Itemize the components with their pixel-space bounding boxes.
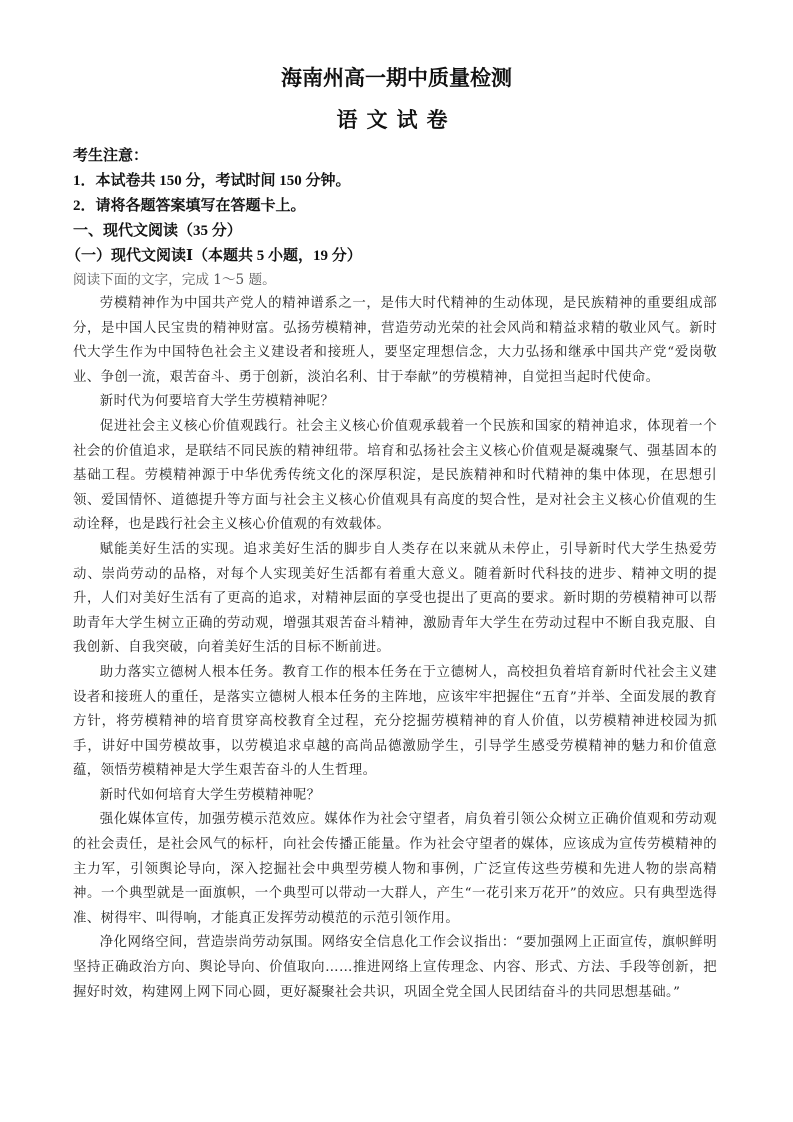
section-instruction: 阅读下面的文字，完成 1～5 题。 <box>73 271 717 289</box>
section-heading: 一、现代文阅读（35 分） <box>73 222 717 240</box>
section-subheading: （一）现代文阅读Ⅰ（本题共 5 小题，19 分） <box>66 247 710 265</box>
reading-passage: 劳模精神作为中国共产党人的精神谱系之一，是伟大时代精神的生动体现，是民族精神的重… <box>73 292 717 1005</box>
exam-title: 海南州高一期中质量检测 <box>0 62 793 92</box>
passage-paragraph: 强化媒体宣传，加强劳模示范效应。媒体作为社会守望者，肩负着引领公众树立正确价值观… <box>73 808 717 931</box>
passage-question: 新时代如何培育大学生劳模精神呢？ <box>73 784 717 809</box>
passage-paragraph: 劳模精神作为中国共产党人的精神谱系之一，是伟大时代精神的生动体现，是民族精神的重… <box>73 292 717 390</box>
passage-paragraph: 赋能美好生活的实现。追求美好生活的脚步自人类存在以来就从未停止，引导新时代大学生… <box>73 538 717 661</box>
passage-paragraph: 助力落实立德树人根本任务。教育工作的根本任务在于立德树人，高校担负着培育新时代社… <box>73 661 717 784</box>
exam-subtitle: 语文试卷 <box>0 104 793 134</box>
notice-item-2: 2．请将各题答案填写在答题卡上。 <box>73 197 717 215</box>
passage-question: 新时代为何要培育大学生劳模精神呢？ <box>73 390 717 415</box>
passage-paragraph: 促进社会主义核心价值观践行。社会主义核心价值观承载着一个民族和国家的精神追求，体… <box>73 415 717 538</box>
exam-page: 海南州高一期中质量检测 语文试卷 考生注意： 1．本试卷共 150 分，考试时间… <box>0 0 793 1122</box>
notice-heading: 考生注意： <box>73 147 717 165</box>
passage-paragraph: 净化网络空间，营造崇尚劳动氛围。网络安全信息化工作会议指出：“要加强网上正面宣传… <box>73 931 717 1005</box>
notice-item-1: 1．本试卷共 150 分，考试时间 150 分钟。 <box>73 172 717 190</box>
